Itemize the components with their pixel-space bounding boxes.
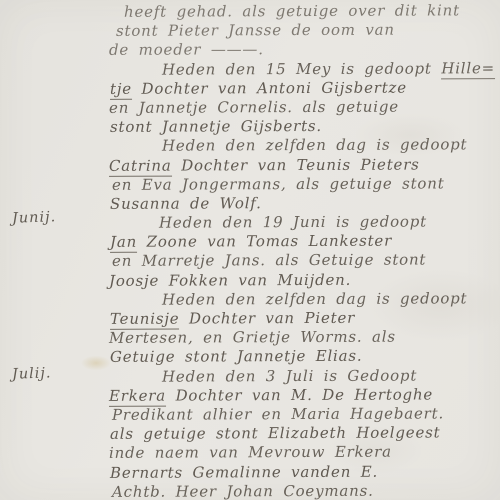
text-segment: en Eva Jongermans, als getuige stont <box>112 174 445 193</box>
text-segment: Joosje Fokken van Muijden. <box>109 270 351 289</box>
manuscript-line: en Jannetje Cornelis. als getuige <box>109 97 498 118</box>
text-segment: heeft gehad. als getuige over dit kint <box>124 1 460 20</box>
text-segment: Achtb. Heer Johan Coeymans. <box>112 481 374 500</box>
underlined-name: Hille= <box>441 59 495 79</box>
text-segment: Heden den 15 Mey is gedoopt <box>162 59 441 78</box>
text-segment: Susanna de Wolf. <box>110 194 262 213</box>
margin-note-julij: Julij. <box>12 365 52 382</box>
manuscript-line: Jan Zoone van Tomas Lankester <box>110 231 498 252</box>
manuscript-line: tje Dochter van Antoni Gijsbertze <box>110 78 498 99</box>
text-segment: stont Pieter Jansse de oom van <box>116 21 395 40</box>
manuscript-line: Heden den zelfden dag is gedoopt <box>112 289 498 310</box>
underlined-name: tje <box>110 80 132 100</box>
text-segment: Heden den zelfden dag is gedoopt <box>162 289 467 308</box>
text-segment: Heden den 3 Juli is Gedoopt <box>162 366 417 385</box>
manuscript-line: Getuige stont Jannetje Elias. <box>110 347 498 368</box>
text-segment: Bernarts Gemalinne vanden E. <box>110 462 378 481</box>
text-segment: Dochter van Antoni Gijsbertze <box>132 78 407 97</box>
underlined-name: Erkera <box>109 386 166 406</box>
margin-note-junij: Junij. <box>12 209 57 227</box>
text-segment: en Marretje Jans. als Getuige stont <box>112 251 426 270</box>
manuscript-line: Catrina Dochter van Teunis Pieters <box>109 155 498 176</box>
text-segment: Predikant alhier en Maria Hagebaert. <box>112 404 444 423</box>
underlined-name: Teunisje <box>110 310 180 330</box>
manuscript-line: Predikant alhier en Maria Hagebaert. <box>112 404 498 425</box>
text-segment: ———. <box>211 41 264 59</box>
text-segment: stont Jannetje Gijsberts. <box>110 117 322 136</box>
text-segment: Heden den zelfden dag is gedoopt <box>162 136 467 155</box>
manuscript-line: Bernarts Gemalinne vanden E. <box>110 462 498 483</box>
text-segment: Heden den 19 Juni is gedoopt <box>159 213 427 232</box>
text-segment: inde naem van Mevrouw Erkera <box>109 443 392 462</box>
manuscript-line: Heden den 3 Juli is Gedoopt <box>112 366 498 387</box>
manuscript-page: heeft gehad. als getuige over dit kintst… <box>0 0 500 500</box>
manuscript-line: Achtb. Heer Johan Coeymans. <box>112 481 498 500</box>
manuscript-line: de moeder ———. <box>109 40 498 61</box>
manuscript-line: Heden den 19 Juni is gedoopt <box>109 212 498 233</box>
text-segment: Getuige stont Jannetje Elias. <box>110 347 363 366</box>
text-segment: de moeder <box>109 41 211 59</box>
manuscript-line: Heden den zelfden dag is gedoopt <box>112 135 498 156</box>
text-segment: Dochter van Pieter <box>179 309 355 328</box>
manuscript-text-column: heeft gehad. als getuige over dit kintst… <box>110 2 498 500</box>
text-segment: Dochter van Teunis Pieters <box>172 155 420 174</box>
underlined-name: Jan <box>110 233 137 253</box>
manuscript-line: en Marretje Jans. als Getuige stont <box>112 251 498 272</box>
text-segment: Dochter van M. De Hertoghe <box>166 385 433 404</box>
underlined-name: Catrina <box>109 156 172 176</box>
text-segment: als getuige stont Elizabeth Hoelgeest <box>110 424 441 443</box>
manuscript-line: stont Jannetje Gijsberts. <box>110 116 498 137</box>
manuscript-line: stont Pieter Jansse de oom van <box>112 20 498 41</box>
manuscript-line: heeft gehad. als getuige over dit kint <box>110 1 498 22</box>
text-segment: Mertesen, en Grietje Worms. als <box>109 328 396 347</box>
text-segment: Zoone van Tomas Lankester <box>137 232 392 251</box>
manuscript-line: Susanna de Wolf. <box>110 193 498 214</box>
manuscript-line: Mertesen, en Grietje Worms. als <box>109 327 498 348</box>
text-segment: en Jannetje Cornelis. als getuige <box>109 98 399 117</box>
manuscript-line: inde naem van Mevrouw Erkera <box>109 442 498 463</box>
manuscript-line: Heden den 15 Mey is gedoopt Hille= <box>112 59 498 80</box>
manuscript-line: Teunisje Dochter van Pieter <box>110 308 498 329</box>
manuscript-line: Joosje Fokken van Muijden. <box>109 270 498 291</box>
manuscript-line: Erkera Dochter van M. De Hertoghe <box>109 385 498 406</box>
manuscript-line: als getuige stont Elizabeth Hoelgeest <box>110 423 498 444</box>
manuscript-line: en Eva Jongermans, als getuige stont <box>112 174 498 195</box>
